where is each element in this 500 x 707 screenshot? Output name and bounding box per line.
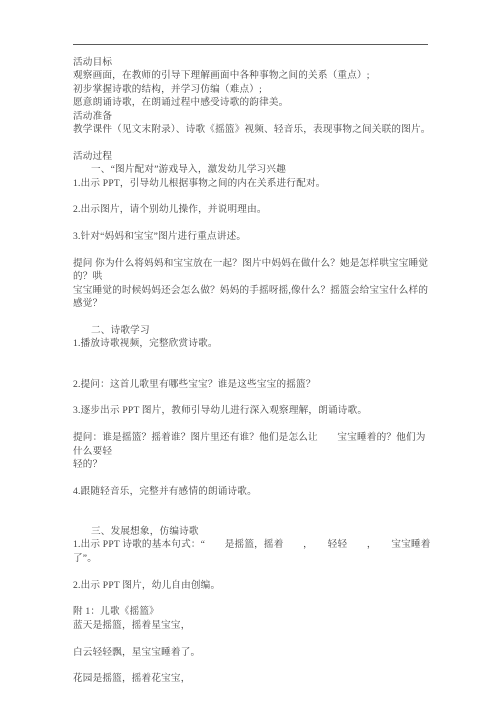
paragraph: 蓝天是摇篮，摇着星宝宝， xyxy=(73,619,435,632)
paragraph: 4.跟随轻音乐，完整并有感情的朗诵诗歌。 xyxy=(73,485,435,498)
paragraph: 2.出示 PPT 图片，幼儿自由创编。 xyxy=(73,579,435,592)
paragraph: 2.出示图片，请个别幼儿操作，并说明理由。 xyxy=(73,203,435,216)
paragraph: 附 1：儿歌《摇篮》 xyxy=(73,605,435,618)
paragraph: 初步掌握诗歌的结构，并学习仿编（难点）; xyxy=(73,83,435,96)
paragraph: 一、“图片配对”游戏导入，激发幼儿学习兴趣 xyxy=(73,163,435,176)
paragraph: 1.出示 PPT 诗歌的基本句式：“ 是摇篮，摇着 ， 轻轻 ， 宝宝睡着了”。 xyxy=(73,538,435,565)
paragraph: 活动准备 xyxy=(73,110,435,123)
paragraph: 观察画面，在教师的引导下理解画面中各种事物之间的关系（重点）; xyxy=(73,69,435,82)
document-content: 活动目标观察画面，在教师的引导下理解画面中各种事物之间的关系（重点）;初步掌握诗… xyxy=(73,56,435,686)
paragraph: 白云轻轻飘，星宝宝睡着了。 xyxy=(73,646,435,659)
paragraph: 3.逐步出示 PPT 图片，教师引导幼儿进行深入观察理解，朗诵诗歌。 xyxy=(73,404,435,417)
paragraph: 三、发展想象，仿编诗歌 xyxy=(73,525,435,538)
paragraph: 教学课件（见文末附录）、诗歌《摇篮》视频、轻音乐，表现事物之间关联的图片。 xyxy=(73,123,435,136)
paragraph: 二、诗歌学习 xyxy=(73,324,435,337)
paragraph: 1.播放诗歌视频，完整欣赏诗歌。 xyxy=(73,337,435,350)
paragraph: 提问：谁是摇篮？摇着谁？图片里还有谁？他们是怎么让 宝宝睡着的？他们为什么要轻 … xyxy=(73,431,435,471)
horizontal-rule xyxy=(73,44,428,45)
paragraph: 1.出示 PPT，引导幼儿根据事物之间的内在关系进行配对。 xyxy=(73,177,435,190)
paragraph: 3.针对“妈妈和宝宝”图片进行重点讲述。 xyxy=(73,230,435,243)
paragraph: 提问 你为什么将妈妈和宝宝放在一起？图片中妈妈在做什么？她是怎样哄宝宝睡觉的？哄… xyxy=(73,257,435,311)
paragraph: 愿意朗诵诗歌，在朗诵过程中感受诗歌的韵律美。 xyxy=(73,96,435,109)
paragraph: 活动过程 xyxy=(73,150,435,163)
document-page: 活动目标观察画面，在教师的引导下理解画面中各种事物之间的关系（重点）;初步掌握诗… xyxy=(0,0,500,707)
paragraph: 活动目标 xyxy=(73,56,435,69)
paragraph: 花园是摇篮，摇着花宝宝， xyxy=(73,672,435,685)
paragraph: 2.提问：这首儿歌里有哪些宝宝？谁是这些宝宝的摇篮？ xyxy=(73,378,435,391)
